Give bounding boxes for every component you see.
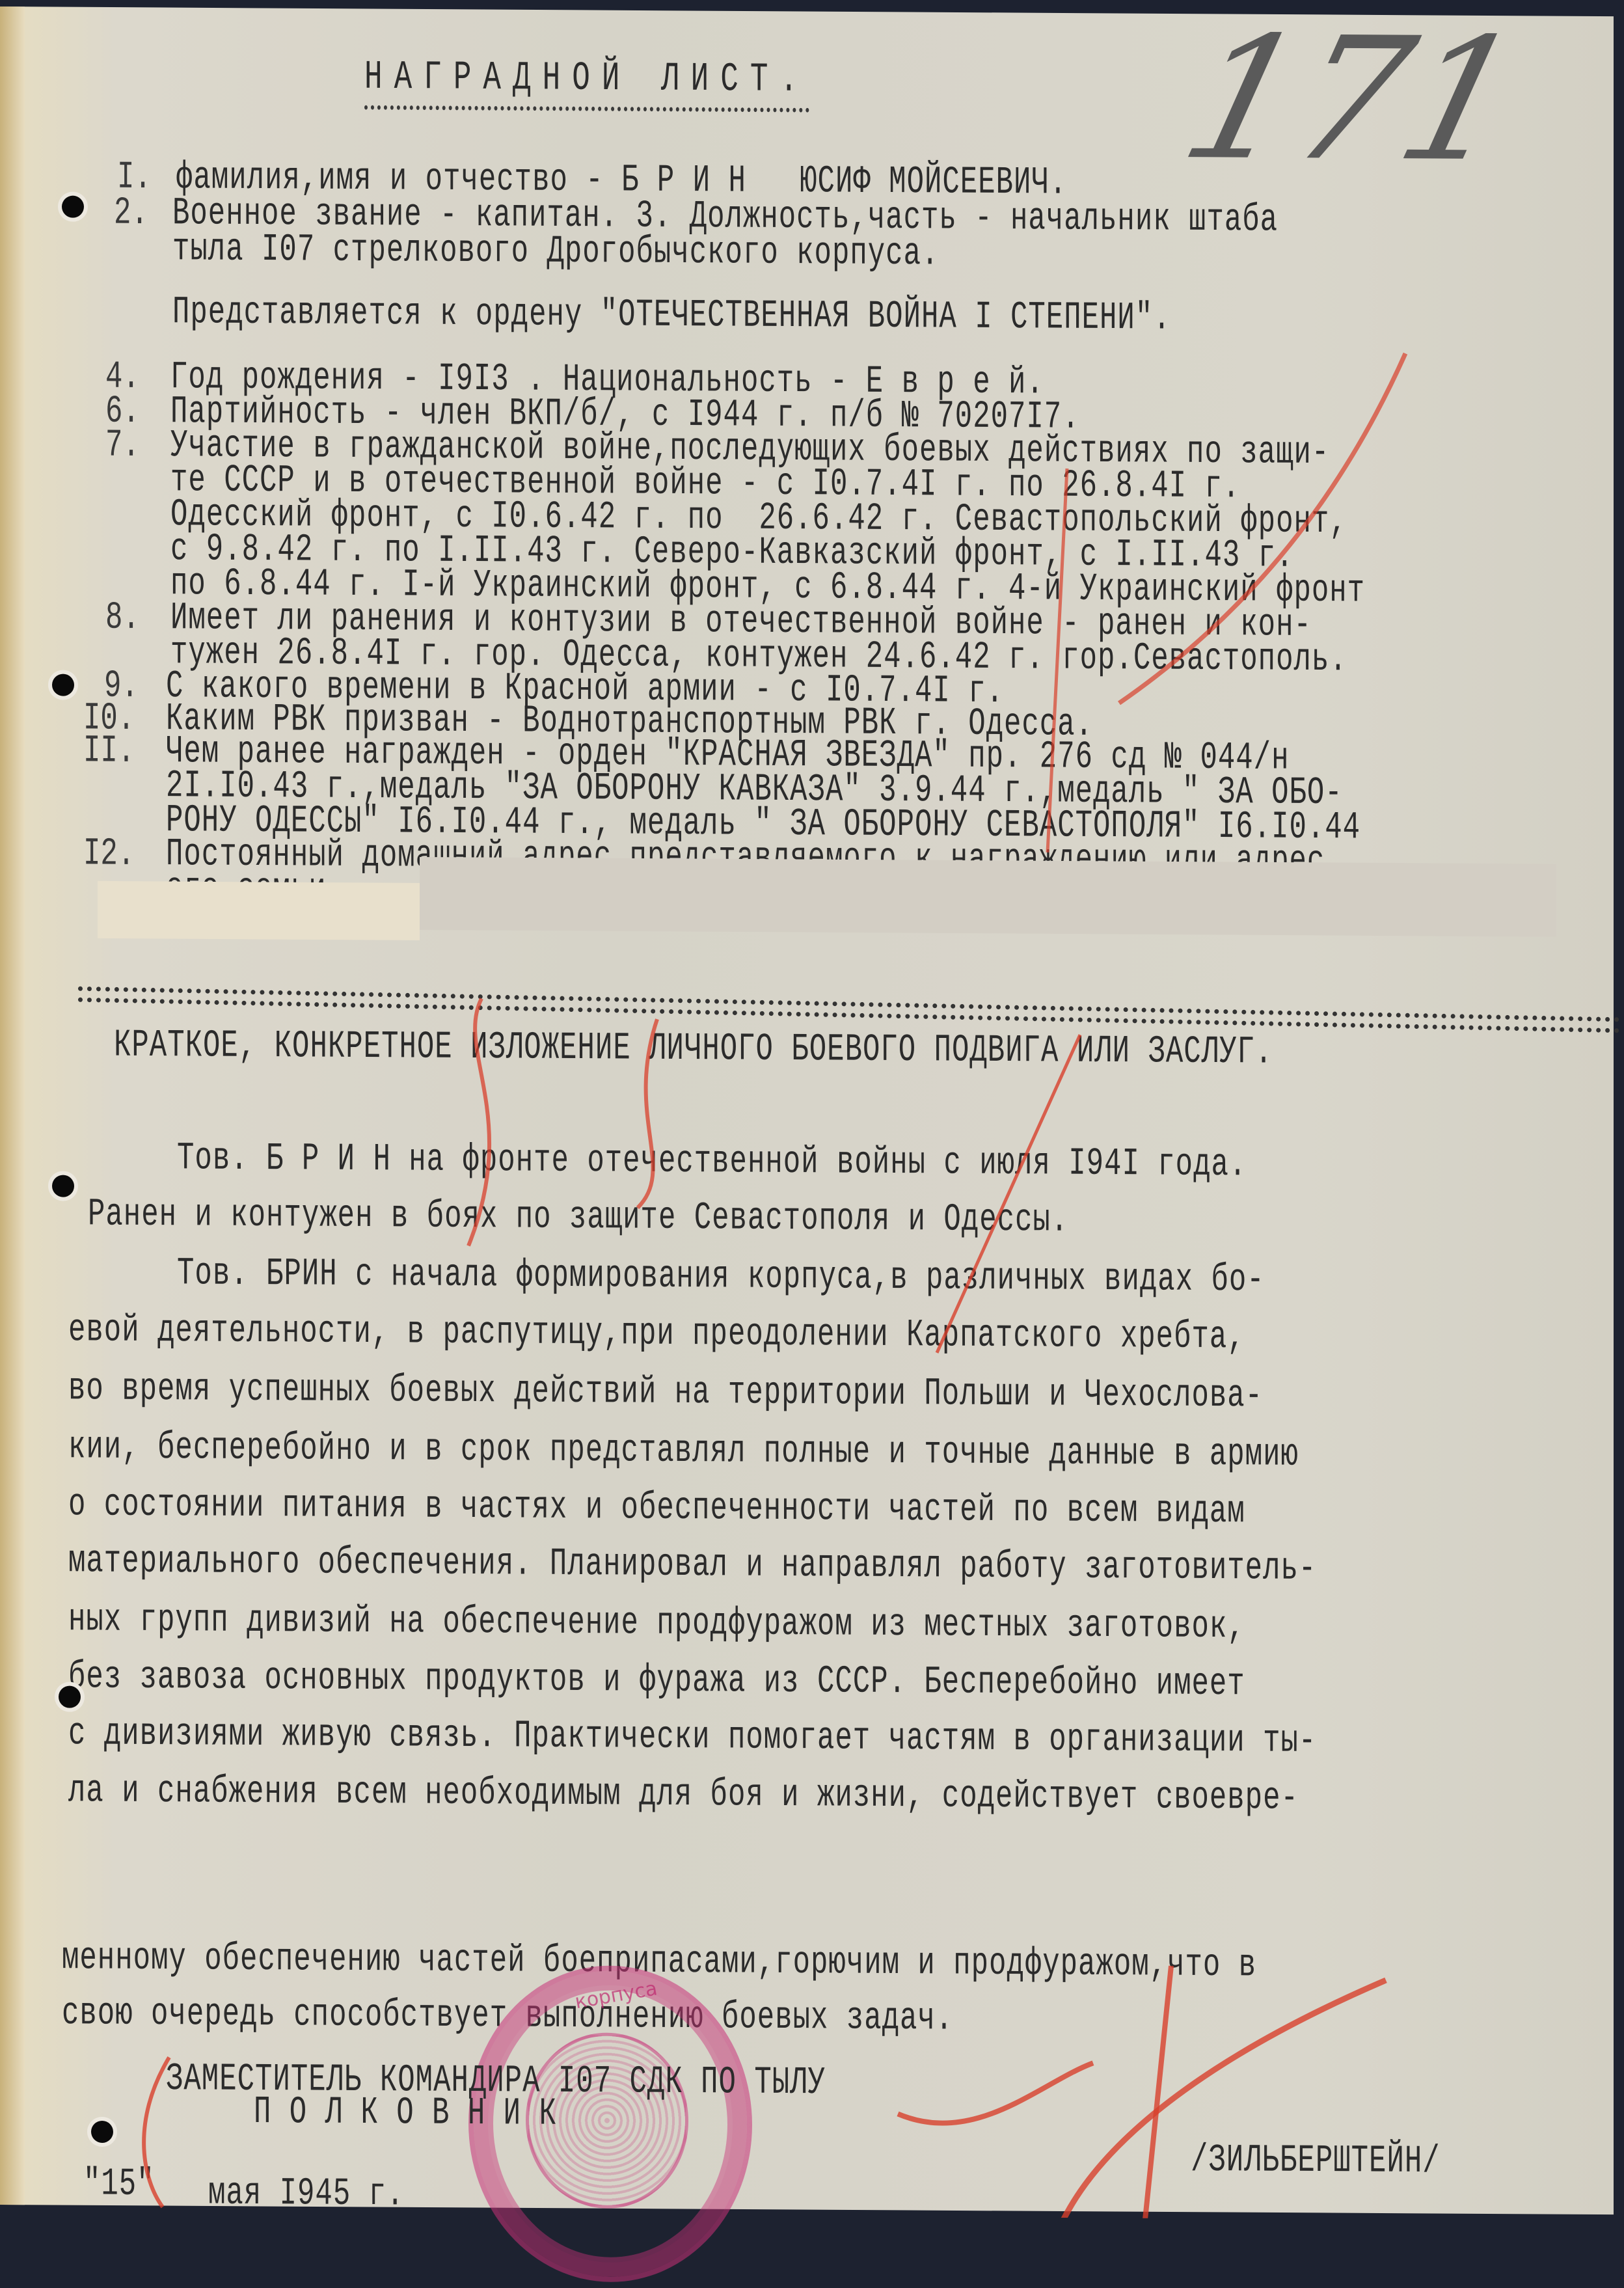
- punch-hole: [52, 674, 74, 696]
- punch-hole: [91, 2121, 113, 2143]
- punch-hole: [62, 196, 84, 218]
- red-pencil-approval-mark: [0, 7, 1614, 2205]
- award-sheet-page: 171 НАГРАДНОЙ ЛИСТ. I. фамилия,имя и отч…: [0, 7, 1614, 2205]
- punch-hole: [59, 1686, 81, 1708]
- punch-hole: [52, 1175, 74, 1197]
